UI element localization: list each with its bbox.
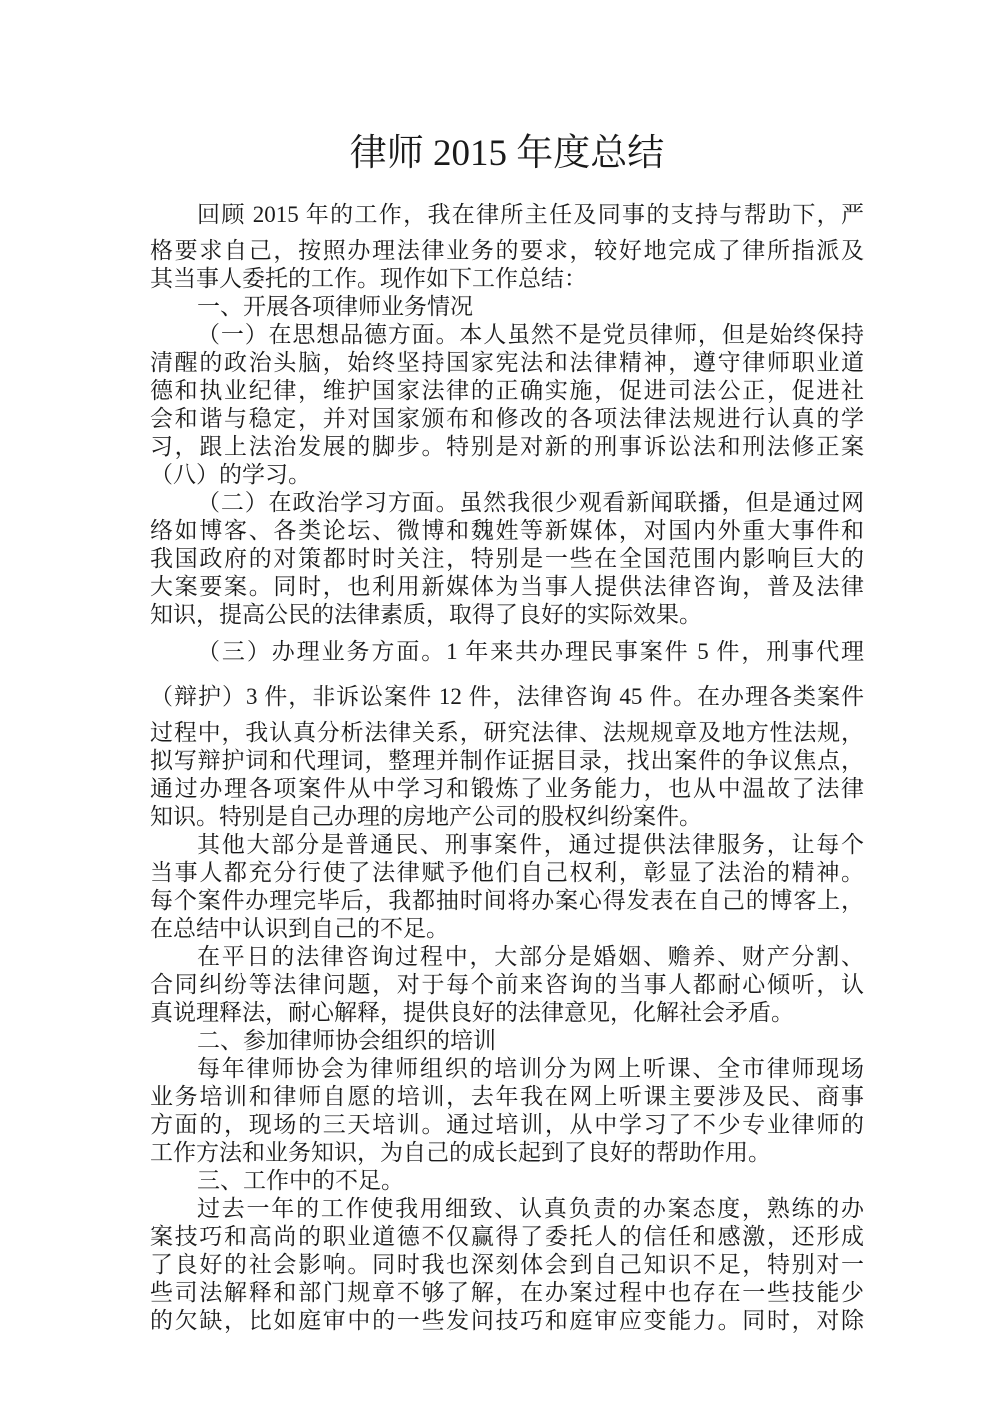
document-content: 律师 2015 年度总结 回顾 2015 年的工作，我在律所主任及同事的支持与帮… (0, 0, 1000, 1335)
text-line: 清醒的政治头脑，始终坚持国家宪法和法律精神，遵守律师职业道 (150, 349, 864, 377)
text-line: 三、工作中的不足。 (150, 1167, 864, 1195)
text-line: 在平日的法律咨询过程中，大部分是婚姻、赡养、财产分割、 (150, 943, 864, 971)
text-line: 知识。特别是自己办理的房地产公司的股权纠纷案件。 (150, 803, 864, 831)
text-line: 案技巧和高尚的职业道德不仅赢得了委托人的信任和感激，还形成 (150, 1223, 864, 1251)
document-page: 律师 2015 年度总结 回顾 2015 年的工作，我在律所主任及同事的支持与帮… (0, 0, 1000, 1415)
text-line: 方面的，现场的三天培训。通过培训，从中学习了不少专业律师的 (150, 1111, 864, 1139)
text-line: 工作方法和业务知识，为自己的成长起到了良好的帮助作用。 (150, 1139, 864, 1167)
document-title: 律师 2015 年度总结 (150, 130, 864, 178)
text-line: 过程中，我认真分析法律关系，研究法律、法规规章及地方性法规， (150, 719, 864, 747)
text-line: 知识，提高公民的法律素质，取得了良好的实际效果。 (150, 601, 864, 629)
text-line: 其他大部分是普通民、刑事案件，通过提供法律服务，让每个 (150, 831, 864, 859)
text-line: 的欠缺，比如庭审中的一些发问技巧和庭审应变能力。同时，对除 (150, 1307, 864, 1335)
text-line: 每个案件办理完毕后，我都抽时间将办案心得发表在自己的博客上， (150, 887, 864, 915)
text-line: 真说理释法，耐心解释，提供良好的法律意见，化解社会矛盾。 (150, 999, 864, 1027)
text-line: 每年律师协会为律师组织的培训分为网上听课、全市律师现场 (150, 1055, 864, 1083)
text-line: 其当事人委托的工作。现作如下工作总结： (150, 265, 864, 293)
text-line: 德和执业纪律，维护国家法律的正确实施，促进司法公正，促进社 (150, 377, 864, 405)
text-line: （辩护）3 件，非诉讼案件 12 件，法律咨询 45 件。在办理各类案件 (150, 674, 864, 719)
text-line: 大案要案。同时，也利用新媒体为当事人提供法律咨询，普及法律 (150, 573, 864, 601)
text-line: 当事人都充分行使了法律赋予他们自己权利，彰显了法治的精神。 (150, 859, 864, 887)
text-line: 二、参加律师协会组织的培训 (150, 1027, 864, 1055)
text-line: （三）办理业务方面。1 年来共办理民事案件 5 件，刑事代理 (150, 629, 864, 674)
text-line: 业务培训和律师自愿的培训，去年我在网上听课主要涉及民、商事 (150, 1083, 864, 1111)
text-line: 习，跟上法治发展的脚步。特别是对新的刑事诉讼法和刑法修正案 (150, 433, 864, 461)
document-body: 回顾 2015 年的工作，我在律所主任及同事的支持与帮助下，严格要求自己，按照办… (150, 192, 864, 1335)
text-line: 络如博客、各类论坛、微博和魏姓等新媒体，对国内外重大事件和 (150, 517, 864, 545)
text-line: 一、开展各项律师业务情况 (150, 293, 864, 321)
text-line: 些司法解释和部门规章不够了解，在办案过程中也存在一些技能少 (150, 1279, 864, 1307)
text-line: 我国政府的对策都时时关注，特别是一些在全国范围内影响巨大的 (150, 545, 864, 573)
text-line: （二）在政治学习方面。虽然我很少观看新闻联播，但是通过网 (150, 489, 864, 517)
text-line: 通过办理各项案件从中学习和锻炼了业务能力，也从中温故了法律 (150, 775, 864, 803)
text-line: （八）的学习。 (150, 461, 864, 489)
text-line: 会和谐与稳定，并对国家颁布和修改的各项法律法规进行认真的学 (150, 405, 864, 433)
text-line: （一）在思想品德方面。本人虽然不是党员律师，但是始终保持 (150, 321, 864, 349)
text-line: 格要求自己，按照办理法律业务的要求，较好地完成了律所指派及 (150, 237, 864, 265)
text-line: 合同纠纷等法律问题，对于每个前来咨询的当事人都耐心倾听，认 (150, 971, 864, 999)
text-line: 在总结中认识到自己的不足。 (150, 915, 864, 943)
text-line: 了良好的社会影响。同时我也深刻体会到自己知识不足，特别对一 (150, 1251, 864, 1279)
text-line: 拟写辩护词和代理词，整理并制作证据目录，找出案件的争议焦点， (150, 747, 864, 775)
text-line: 回顾 2015 年的工作，我在律所主任及同事的支持与帮助下，严 (150, 192, 864, 237)
text-line: 过去一年的工作使我用细致、认真负责的办案态度，熟练的办 (150, 1195, 864, 1223)
